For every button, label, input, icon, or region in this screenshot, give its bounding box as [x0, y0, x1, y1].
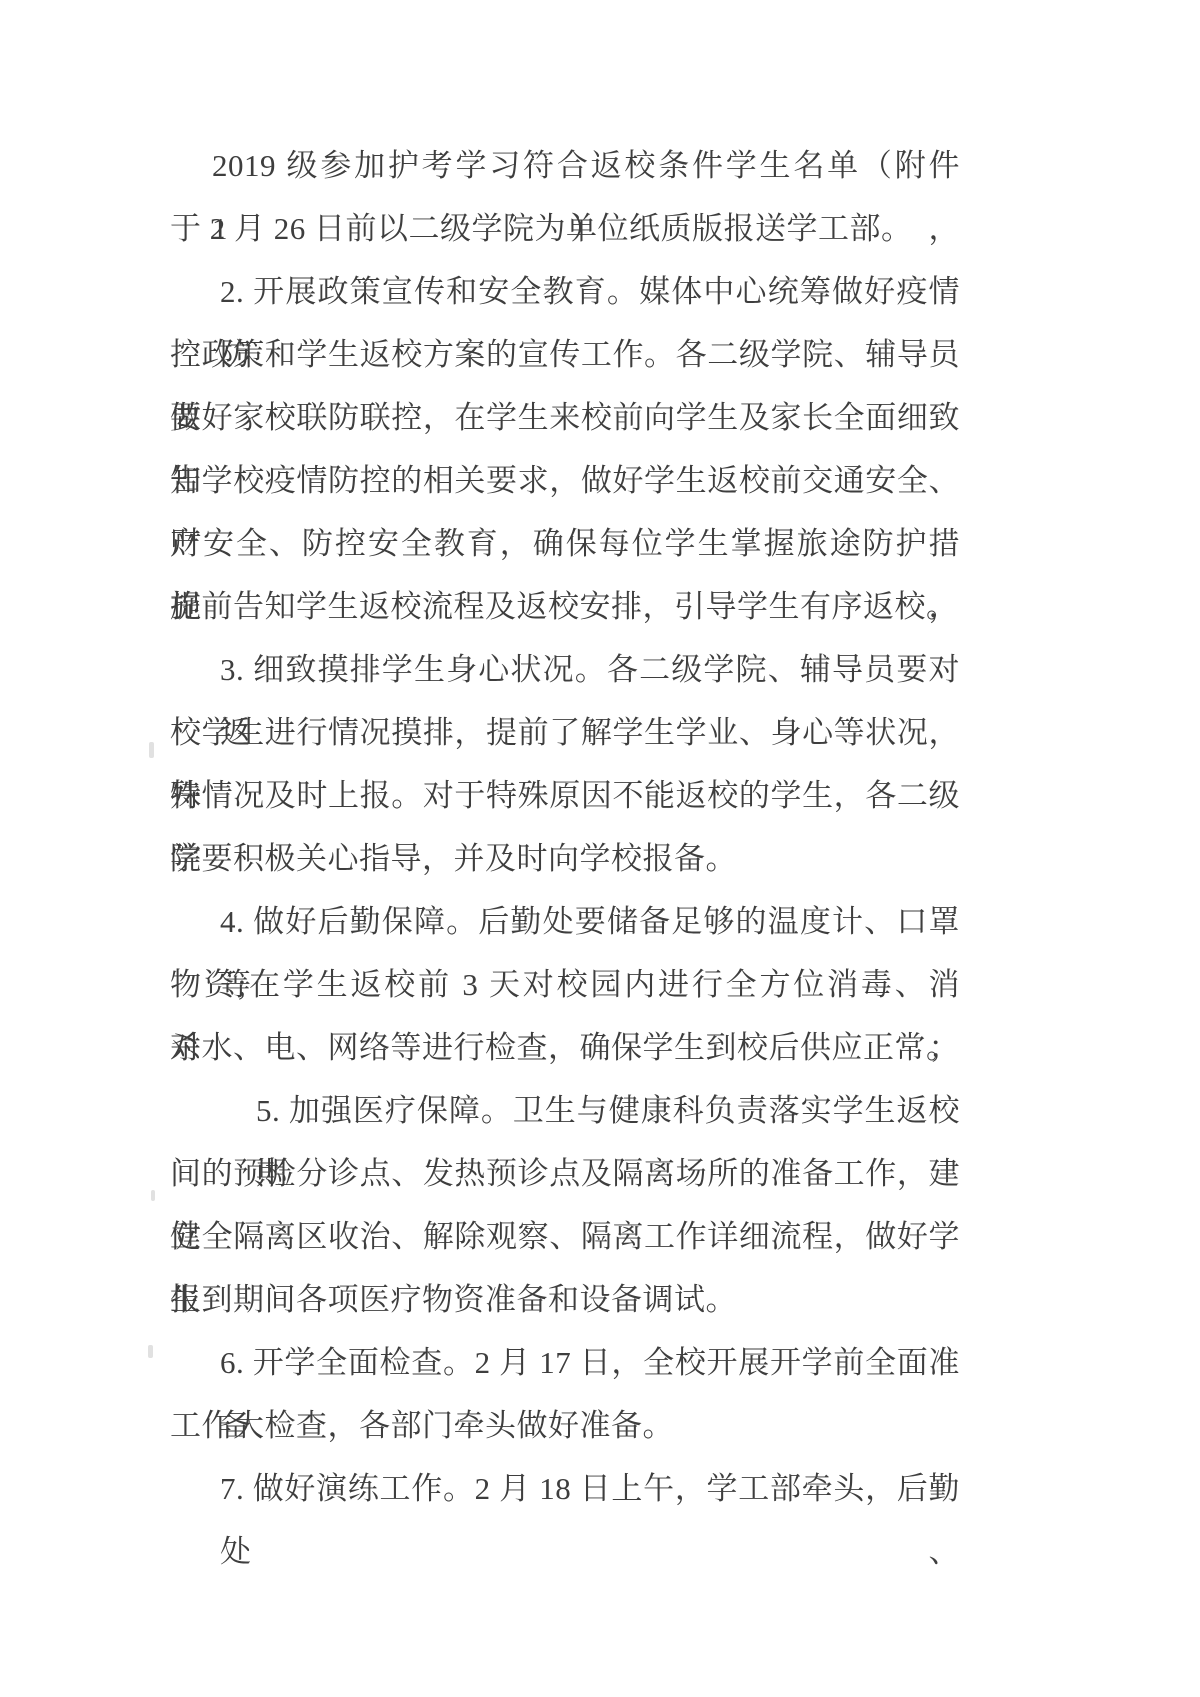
text-line: 控政策和学生返校方案的宣传工作。各二级学院、辅导员要 [170, 323, 960, 386]
text-block: 2019 级参加护考学习符合返校条件学生名单（附件 1），于 2 月 26 日前… [170, 134, 960, 1520]
text-line: 6. 开学全面检查。2 月 17 日，全校开展开学前全面准备 [170, 1331, 960, 1394]
text-line: 3. 细致摸排学生身心状况。各二级学院、辅导员要对返 [170, 638, 960, 701]
scan-artifact [151, 1190, 155, 1201]
text-line: 产安全、防控安全教育，确保每位学生掌握旅途防护措施， [170, 512, 960, 575]
scan-artifact [149, 742, 154, 758]
text-line: 2. 开展政策宣传和安全教育。媒体中心统筹做好疫情防 [170, 260, 960, 323]
text-line: 工作大检查，各部门牵头做好准备。 [170, 1394, 960, 1457]
text-line: 做好家校联防联控，在学生来校前向学生及家长全面细致告 [170, 386, 960, 449]
text-line: 5. 加强医疗保障。卫生与健康科负责落实学生返校期 [170, 1079, 960, 1142]
text-line: 对水、电、网络等进行检查，确保学生到校后供应正常。 [170, 1016, 960, 1079]
text-line: 院要积极关心指导，并及时向学校报备。 [170, 827, 960, 890]
text-line: 殊情况及时上报。对于特殊原因不能返校的学生，各二级学 [170, 764, 960, 827]
text-line: 4. 做好后勤保障。后勤处要储备足够的温度计、口罩等 [170, 890, 960, 953]
text-line: 报到期间各项医疗物资准备和设备调试。 [170, 1268, 960, 1331]
document-page: 2019 级参加护考学习符合返校条件学生名单（附件 1），于 2 月 26 日前… [0, 0, 1200, 1697]
text-line: 物资;在学生返校前 3 天对校园内进行全方位消毒、消杀； [170, 953, 960, 1016]
text-line: 校学生进行情况摸排，提前了解学生学业、身心等状况，特 [170, 701, 960, 764]
text-line: 2019 级参加护考学习符合返校条件学生名单（附件 1）， [170, 134, 960, 197]
text-line: 健全隔离区收治、解除观察、隔离工作详细流程，做好学生 [170, 1205, 960, 1268]
text-line: 于 2 月 26 日前以二级学院为单位纸质版报送学工部。 [170, 197, 960, 260]
scan-artifact [148, 1345, 153, 1358]
text-line: 7. 做好演练工作。2 月 18 日上午，学工部牵头，后勤处、 [170, 1457, 960, 1520]
text-line: 知学校疫情防控的相关要求，做好学生返校前交通安全、财 [170, 449, 960, 512]
text-line: 提前告知学生返校流程及返校安排，引导学生有序返校。 [170, 575, 960, 638]
text-line: 间的预检分诊点、发热预诊点及隔离场所的准备工作，建立 [170, 1142, 960, 1205]
